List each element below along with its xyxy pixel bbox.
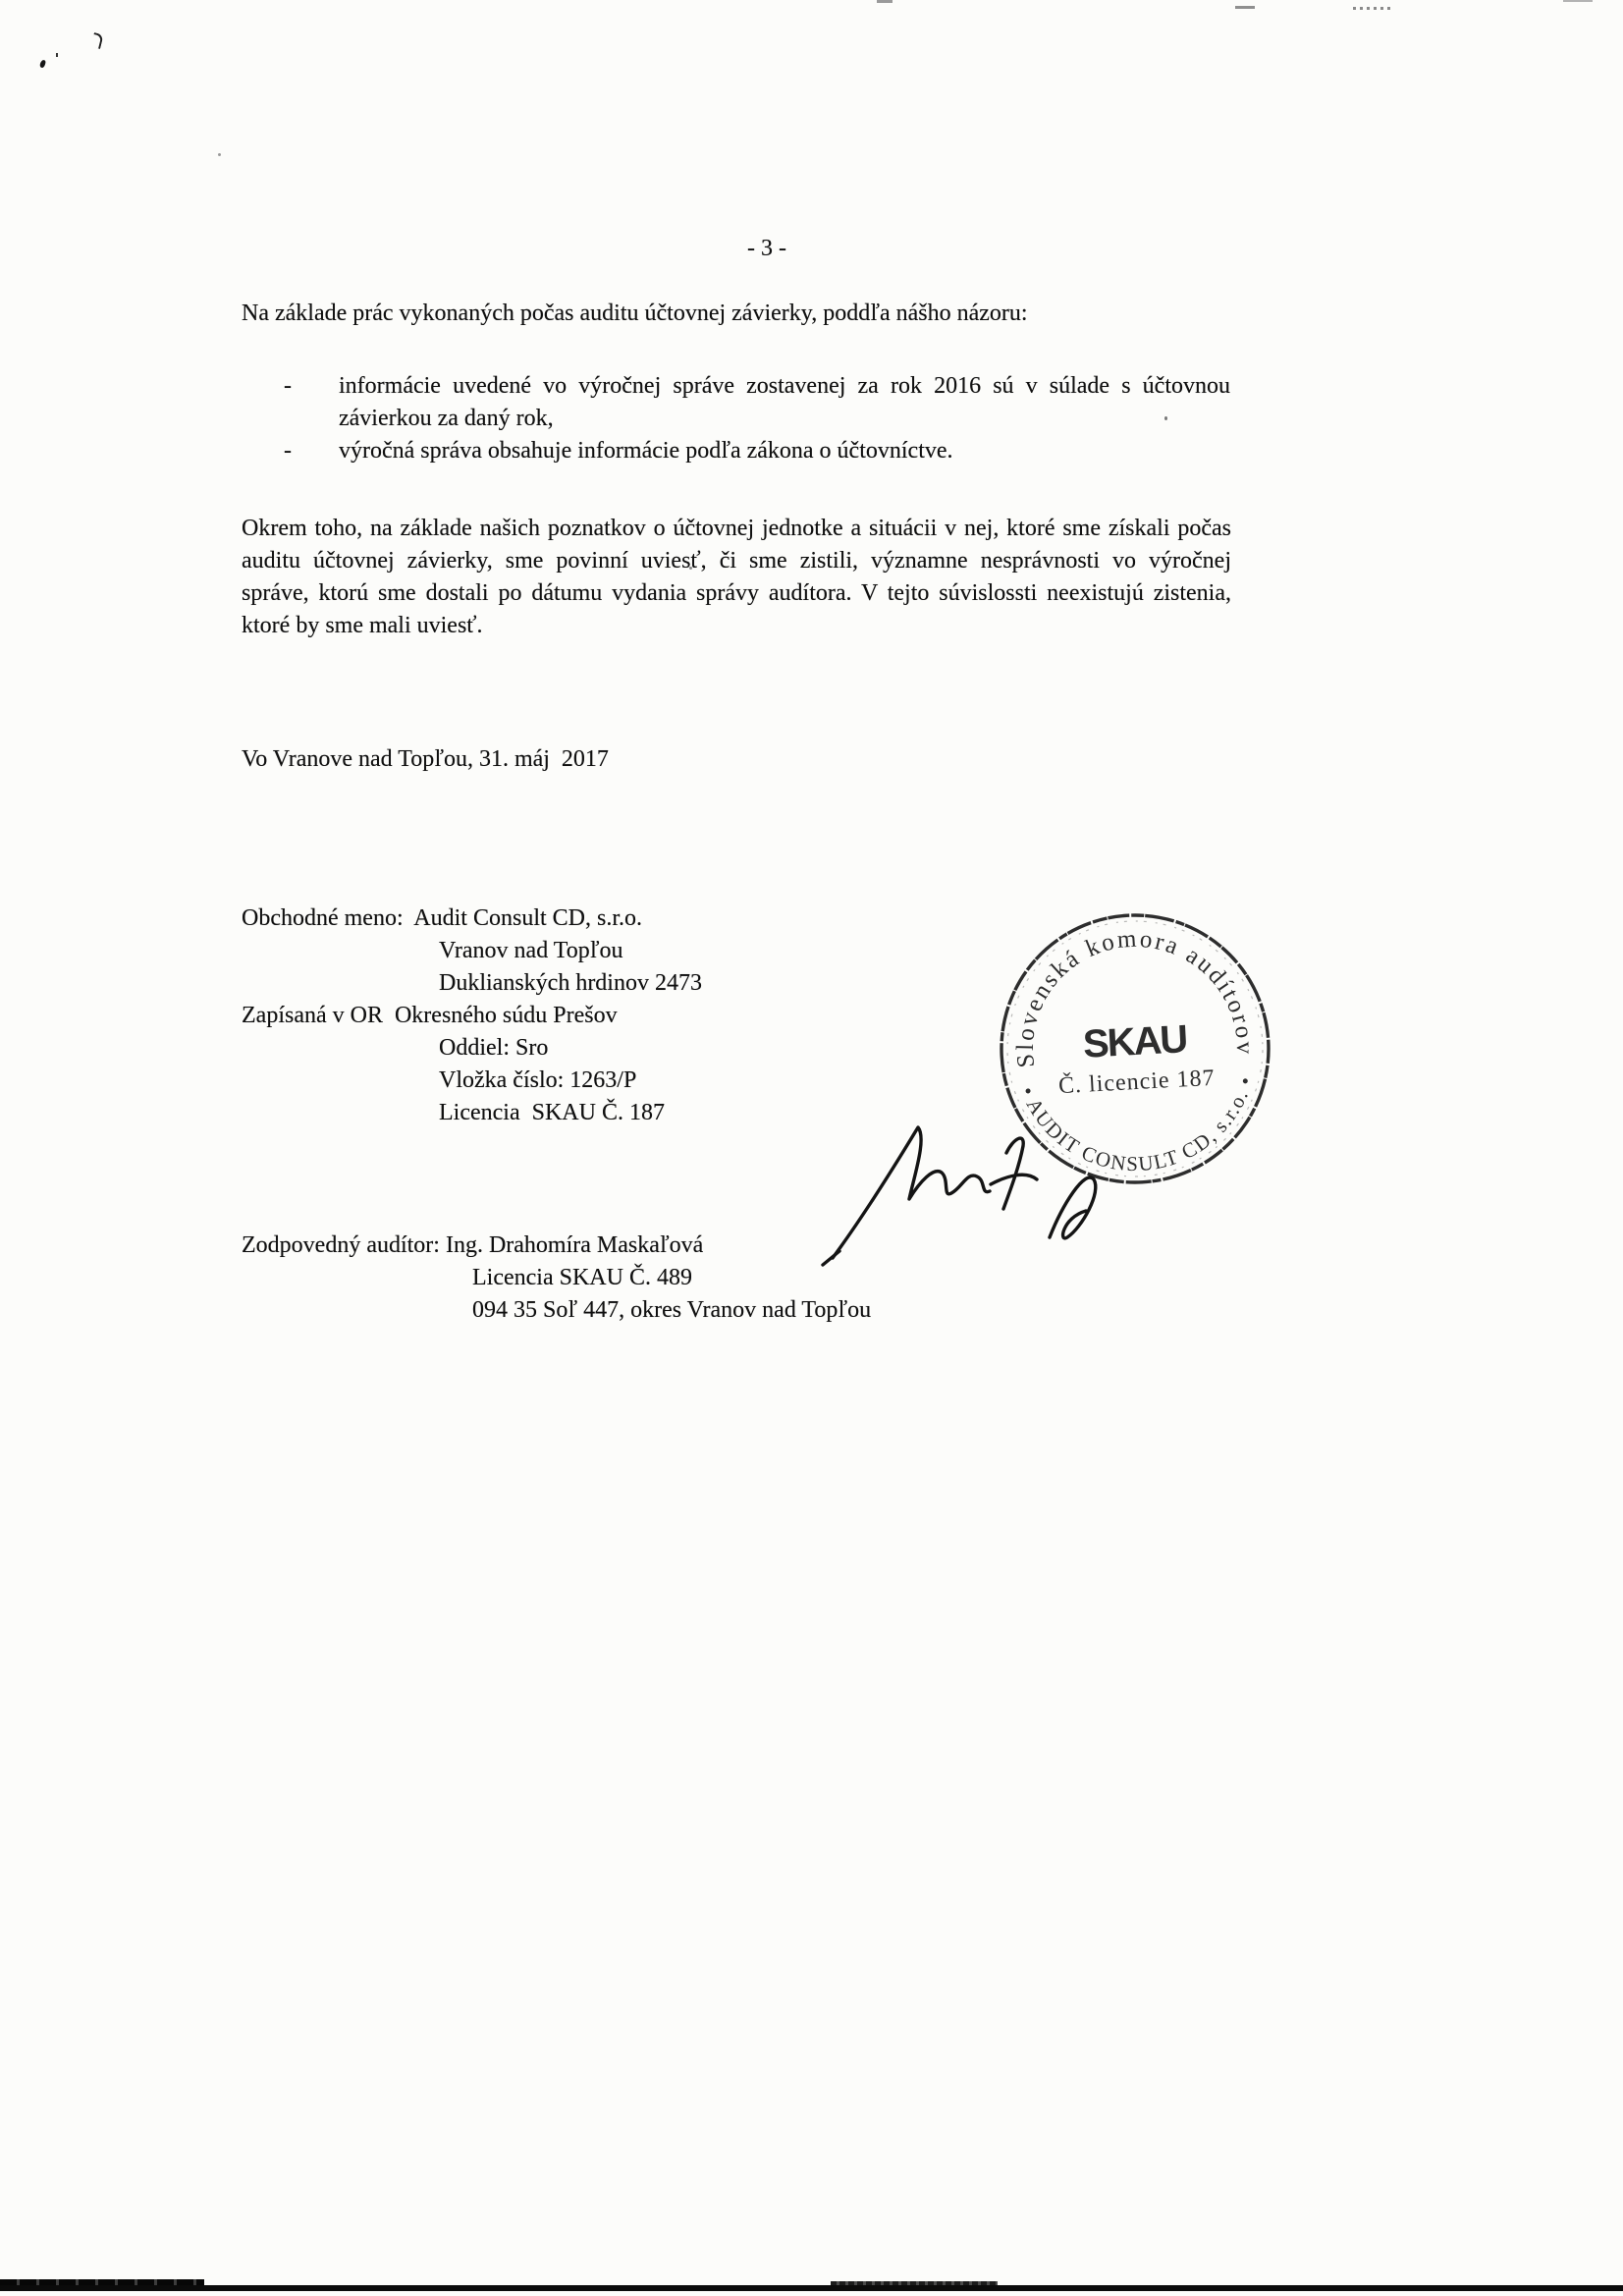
- scan-artifact: [1235, 6, 1255, 9]
- scan-artifact: [1353, 7, 1392, 10]
- handwritten-signature: [808, 1106, 1132, 1287]
- intro-paragraph: Na základe prác vykonaných počas auditu …: [242, 298, 1233, 330]
- scanned-document-page: - 3 - Na základe prác vykonaných počas a…: [0, 0, 1623, 2296]
- scan-artifact: [218, 153, 221, 156]
- auditor-licence-row: Licencia SKAU Č. 489: [472, 1262, 692, 1294]
- paragraph-2-line-2: auditu účtovnej závierky, sme povinní uv…: [242, 545, 1231, 577]
- company-city-row: Vranov nad Topľou: [439, 935, 623, 967]
- company-registry-row: Zapísaná v OR Okresného súdu Prešov: [242, 1000, 618, 1032]
- scan-artifact: [877, 0, 893, 3]
- scan-artifact: [1164, 416, 1167, 420]
- auditor-address-row: 094 35 Soľ 447, okres Vranov nad Topľou: [472, 1294, 871, 1327]
- bullet-2: výročná správa obsahuje informácie podľa…: [339, 435, 953, 467]
- place-date-line: Vo Vranove nad Topľou, 31. máj 2017: [242, 743, 609, 776]
- company-street-row: Duklianských hrdinov 2473: [439, 967, 702, 1000]
- signature-strokes: [823, 1127, 1096, 1265]
- scan-edge-band: [0, 2285, 1623, 2291]
- scan-artifact: [56, 53, 58, 57]
- scan-artifact: [39, 59, 46, 68]
- bullet-marker: -: [284, 370, 292, 403]
- scan-artifact: [90, 32, 103, 49]
- paragraph-2-line-4: ktoré by sme mali uviesť.: [242, 610, 483, 642]
- bullet-1-line-2: závierkou za daný rok,: [339, 403, 554, 435]
- page-number: - 3 -: [747, 233, 786, 265]
- paragraph-2-line-1: Okrem toho, na základe našich poznatkov …: [242, 513, 1231, 545]
- company-file-number-row: Vložka číslo: 1263/P: [439, 1065, 636, 1097]
- bullet-marker: -: [284, 435, 292, 467]
- company-section-row: Oddiel: Sro: [439, 1032, 548, 1065]
- company-name-row: Obchodné meno: Audit Consult CD, s.r.o.: [242, 902, 642, 935]
- company-licence-row: Licencia SKAU Č. 187: [439, 1097, 665, 1129]
- scan-artifact: [1563, 0, 1593, 2]
- paragraph-2-line-3: správe, ktorú sme dostali po dátumu vyda…: [242, 577, 1231, 610]
- auditor-name-row: Zodpovedný audítor: Ing. Drahomíra Maska…: [242, 1230, 703, 1262]
- stamp-center-acronym: SKAU: [1082, 1017, 1188, 1066]
- bullet-1-line-1: informácie uvedené vo výročnej správe zo…: [339, 370, 1230, 403]
- stamp-license-number: Č. licencie 187: [1057, 1065, 1216, 1099]
